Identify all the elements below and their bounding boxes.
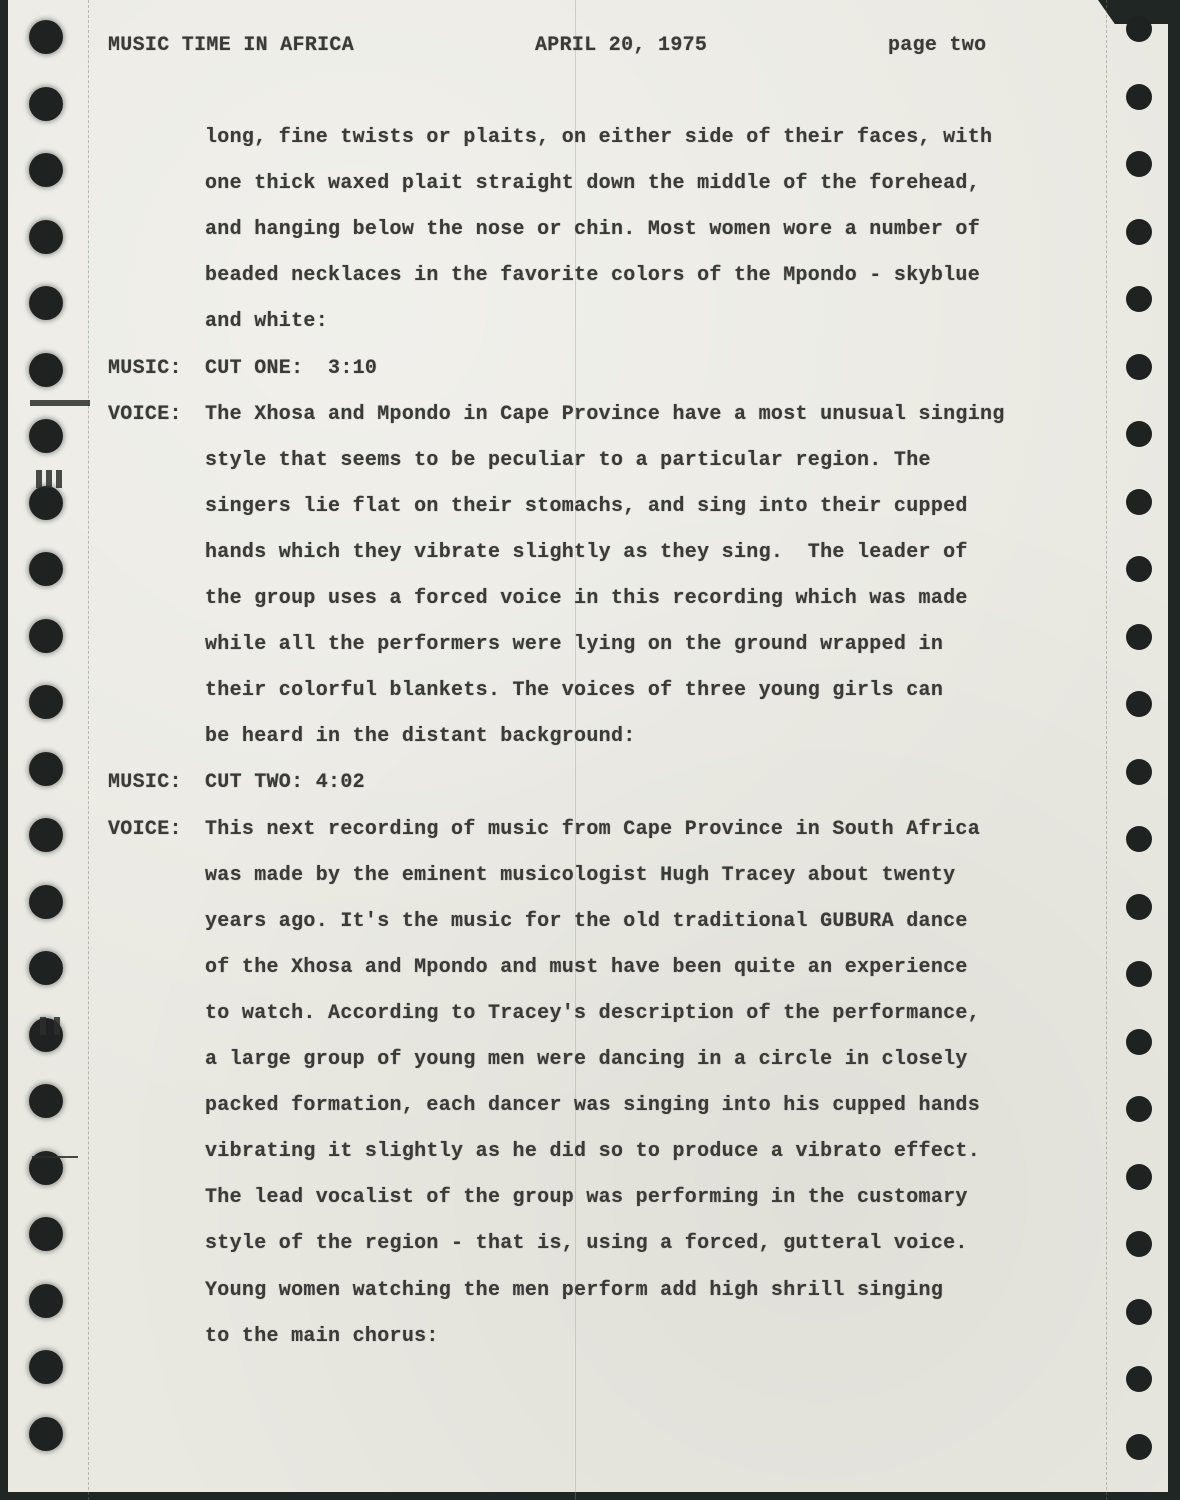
script-line: style of the region - that is, using a f…: [205, 1232, 968, 1255]
tractor-hole: [1126, 826, 1152, 852]
tractor-hole: [29, 1350, 63, 1384]
script-line: vibrating it slightly as he did so to pr…: [205, 1140, 980, 1163]
tractor-hole: [29, 153, 63, 187]
cue-label: VOICE:: [108, 403, 182, 426]
music-cue: CUT ONE: 3:10: [205, 357, 377, 380]
tractor-hole: [29, 619, 63, 653]
tractor-hole: [29, 951, 63, 985]
broadcast-date: APRIL 20, 1975: [535, 34, 707, 57]
tractor-hole: [29, 486, 63, 520]
script-line: of the Xhosa and Mpondo and must have be…: [205, 956, 968, 979]
script-line: while all the performers were lying on t…: [205, 633, 943, 656]
tractor-hole: [1126, 489, 1152, 515]
tractor-hole: [1126, 84, 1152, 110]
script-line: and white:: [205, 310, 328, 333]
tractor-hole: [1126, 421, 1152, 447]
tractor-hole: [29, 220, 63, 254]
tractor-hole: [1126, 691, 1152, 717]
music-cue: CUT TWO: 4:02: [205, 771, 365, 794]
script-line: The Xhosa and Mpondo in Cape Province ha…: [205, 403, 1005, 426]
tractor-hole: [29, 885, 63, 919]
tractor-hole: [1126, 354, 1152, 380]
script-line: long, fine twists or plaits, on either s…: [205, 126, 992, 149]
script-line: Young women watching the men perform add…: [205, 1279, 943, 1302]
script-line: to the main chorus:: [205, 1325, 439, 1348]
tractor-hole: [29, 1284, 63, 1318]
script-line: style that seems to be peculiar to a par…: [205, 449, 931, 472]
page-number: page two: [888, 34, 986, 57]
tractor-hole: [1126, 961, 1152, 987]
script-line: hands which they vibrate slightly as the…: [205, 541, 968, 564]
cue-label: MUSIC:: [108, 771, 182, 794]
tractor-hole: [29, 1417, 63, 1451]
tractor-hole: [29, 818, 63, 852]
script-line: to watch. According to Tracey's descript…: [205, 1002, 980, 1025]
margin-mark: [32, 1156, 78, 1158]
script-line: be heard in the distant background:: [205, 725, 636, 748]
left-perforation-line: [88, 0, 89, 1500]
margin-mark: [54, 1017, 60, 1035]
tractor-hole: [29, 20, 63, 54]
tractor-hole: [29, 286, 63, 320]
tractor-hole: [1126, 1164, 1152, 1190]
right-perforation-line: [1106, 0, 1107, 1500]
tractor-hole: [1126, 16, 1152, 42]
tractor-hole: [1126, 1096, 1152, 1122]
tractor-hole: [29, 1217, 63, 1251]
tractor-hole: [1126, 1231, 1152, 1257]
tractor-hole: [29, 87, 63, 121]
margin-mark: [36, 470, 42, 488]
script-line: years ago. It's the music for the old tr…: [205, 910, 968, 933]
tractor-hole: [1126, 894, 1152, 920]
tractor-hole: [1126, 1366, 1152, 1392]
tractor-hole: [29, 1084, 63, 1118]
tractor-hole: [1126, 556, 1152, 582]
tractor-hole: [1126, 219, 1152, 245]
tractor-hole: [29, 419, 63, 453]
script-line: was made by the eminent musicologist Hug…: [205, 864, 955, 887]
tractor-hole: [29, 685, 63, 719]
tractor-hole: [1126, 1434, 1152, 1460]
script-line: The lead vocalist of the group was perfo…: [205, 1186, 968, 1209]
tractor-hole: [1126, 1299, 1152, 1325]
script-line: their colorful blankets. The voices of t…: [205, 679, 943, 702]
margin-mark: [40, 1017, 46, 1035]
tractor-hole: [29, 353, 63, 387]
margin-mark: [56, 470, 62, 488]
tractor-hole: [29, 752, 63, 786]
cue-label: VOICE:: [108, 818, 182, 841]
tractor-hole: [1126, 624, 1152, 650]
margin-mark: [46, 470, 52, 488]
tractor-hole: [1126, 1029, 1152, 1055]
script-line: This next recording of music from Cape P…: [205, 818, 980, 841]
program-title: MUSIC TIME IN AFRICA: [108, 34, 354, 57]
tractor-hole: [1126, 286, 1152, 312]
tractor-hole: [1126, 151, 1152, 177]
script-line: beaded necklaces in the favorite colors …: [205, 264, 980, 287]
cue-label: MUSIC:: [108, 357, 182, 380]
script-line: packed formation, each dancer was singin…: [205, 1094, 980, 1117]
script-line: singers lie flat on their stomachs, and …: [205, 495, 968, 518]
margin-mark: [30, 400, 90, 406]
script-line: the group uses a forced voice in this re…: [205, 587, 968, 610]
script-line: and hanging below the nose or chin. Most…: [205, 218, 980, 241]
script-line: a large group of young men were dancing …: [205, 1048, 968, 1071]
tractor-hole: [1126, 759, 1152, 785]
script-line: one thick waxed plait straight down the …: [205, 172, 980, 195]
tractor-hole: [29, 552, 63, 586]
